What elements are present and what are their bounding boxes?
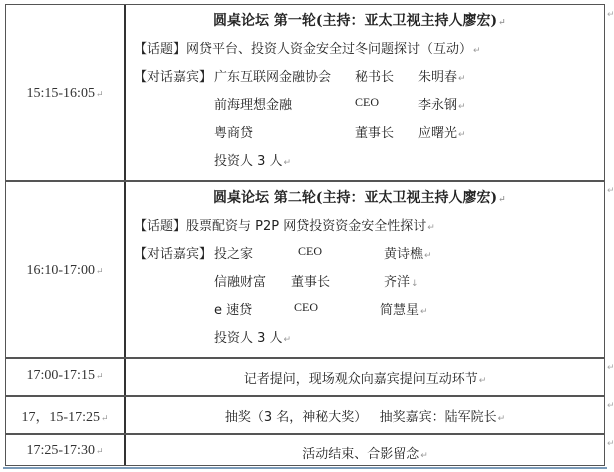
schedule-table: 15:15-16:05↵ 圆桌论坛 第一轮(主持：亚太卫视主持人廖宏)↵ 【话题… — [5, 4, 605, 466]
end-of-row-mark: ↵ — [607, 186, 614, 196]
guest-org: 前海理想金融 — [214, 94, 292, 113]
time-cell: 16:10-17:00↵ — [6, 263, 124, 279]
guest-role: 董事长 — [355, 122, 394, 141]
time-cell: 15:15-16:05↵ — [6, 86, 124, 102]
activity-cell: 记者提问，现场观众向嘉宾提问互动环节↵ — [124, 368, 606, 387]
page-bottom-rule — [3, 467, 607, 469]
guest-name: 朱明春↵ — [418, 66, 466, 85]
row-divider — [6, 357, 604, 359]
guest-name: 李永钢↵ — [418, 94, 466, 113]
activity-cell: 抽奖（3 名，神秘大奖） 抽奖嘉宾：陆军院长↵ — [124, 406, 606, 425]
guest-name: 齐洋↓ — [384, 271, 419, 290]
guest-name: 简慧星↵ — [380, 299, 428, 318]
time-cell: 17，15-17:25↵ — [6, 406, 124, 426]
topic-line: 【话题】网贷平台、投资人资金安全过冬问题探讨（互动）↵ — [134, 38, 481, 57]
end-of-row-mark: ↵ — [607, 363, 614, 373]
row-divider — [6, 180, 604, 182]
row-divider — [6, 433, 604, 435]
guest-org: e 速贷 — [214, 299, 252, 318]
guests-label: 【对话嘉宾】 — [134, 66, 212, 85]
guest-org: 投资人 3 人↵ — [214, 150, 291, 169]
guest-role: CEO — [294, 300, 318, 315]
activity-cell: 活动结束、合影留念↵ — [124, 443, 606, 462]
guest-org: 投之家 — [214, 243, 253, 262]
end-of-row-mark: ↵ — [607, 439, 614, 449]
guest-name: 黄诗樵↵ — [384, 243, 432, 262]
session-title: 圆桌论坛 第二轮(主持：亚太卫视主持人廖宏)↵ — [213, 187, 506, 207]
guest-org: 信融财富 — [214, 271, 266, 290]
guest-role: CEO — [298, 244, 322, 259]
guest-role: CEO — [355, 95, 379, 110]
guests-label: 【对话嘉宾】 — [134, 243, 212, 262]
end-of-row-mark: ↵ — [607, 401, 614, 411]
guest-org: 粤商贷 — [214, 122, 253, 141]
topic-line: 【话题】股票配资与 P2P 网贷投资资金安全性探讨↵ — [134, 215, 435, 234]
time-cell: 17:00-17:15↵ — [6, 368, 124, 384]
row-divider — [6, 395, 604, 397]
end-of-row-mark: ↵ — [607, 10, 614, 20]
session-title: 圆桌论坛 第一轮(主持：亚太卫视主持人廖宏)↵ — [213, 10, 506, 30]
guest-role: 秘书长 — [355, 66, 394, 85]
guest-name: 应曙光↵ — [418, 122, 466, 141]
guest-role: 董事长 — [291, 271, 330, 290]
time-cell: 17:25-17:30↵ — [6, 443, 124, 459]
guest-org: 广东互联网金融协会 — [214, 66, 331, 85]
guest-org: 投资人 3 人↵ — [214, 327, 291, 346]
